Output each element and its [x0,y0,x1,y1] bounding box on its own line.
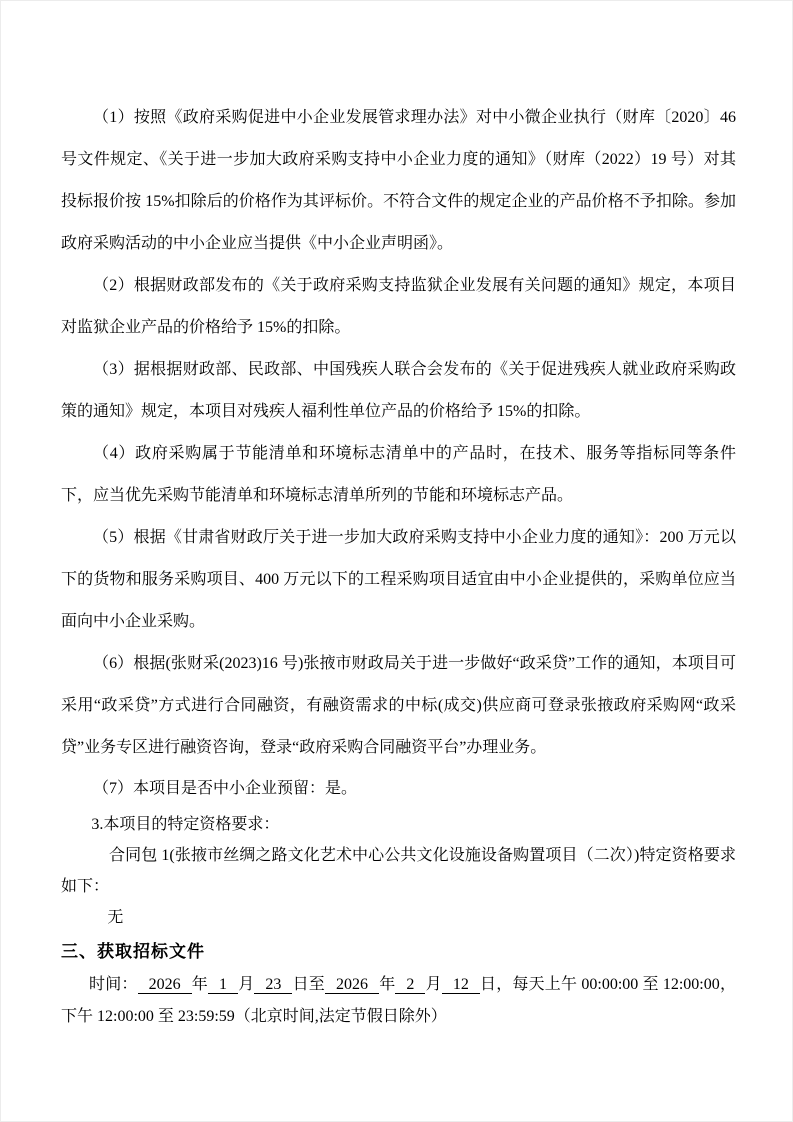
section-heading-obtain-bid-documents: 三、获取招标文件 [61,935,736,969]
paragraph-prison-enterprise-deduction: （2）根据财政部发布的《关于政府采购支持监狱企业发展有关问题的通知》规定，本项目… [61,265,736,349]
paragraph-energy-saving-priority: （4）政府采购属于节能清单和环境标志清单中的产品时，在技术、服务等指标同等条件下… [61,433,736,517]
item-specific-qualification-label: 3.本项目的特定资格要求： [61,809,736,840]
qualification-requirement-value: 无 [61,902,736,933]
paragraph-disabled-welfare-deduction: （3）据根据财政部、民政部、中国残疾人联合会发布的《关于促进残疾人就业政府采购政… [61,349,736,433]
month-to-separator: 月 [425,976,441,993]
paragraph-sme-price-deduction: （1）按照《政府采购促进中小企业发展管求理办法》对中小微企业执行（财库〔2020… [61,97,736,265]
year-from-separator: 年 [192,976,208,993]
blank-month-to: 2 [395,976,425,994]
bid-document-time-line: 时间：2026年1月23日至2026年2月12日，每天上午 00:00:00 至… [61,969,736,1033]
blank-day-to: 12 [442,976,480,994]
blank-day-from: 23 [254,976,292,994]
document-page: （1）按照《政府采购促进中小企业发展管求理办法》对中小微企业执行（财库〔2020… [0,0,793,1122]
blank-year-to: 2026 [325,976,379,994]
paragraph-sme-reserved: （7）本项目是否中小企业预留：是。 [61,769,736,809]
blank-month-from: 1 [208,976,238,994]
paragraph-gansu-sme-notice: （5）根据《甘肃省财政厅关于进一步加大政府采购支持中小企业力度的通知》：200 … [61,517,736,643]
day-from-separator: 日至 [292,976,325,993]
month-from-separator: 月 [238,976,254,993]
blank-year-from: 2026 [138,976,192,994]
package-qualification-requirement: 合同包 1(张掖市丝绸之路文化艺术中心公共文化设施设备购置项目（二次）)特定资格… [61,840,736,902]
year-to-separator: 年 [379,976,395,993]
paragraph-zhengcaidai-financing: （6）根据(张财采(2023)16 号)张掖市财政局关于进一步做好“政采贷”工作… [61,643,736,769]
time-label: 时间： [89,976,138,993]
